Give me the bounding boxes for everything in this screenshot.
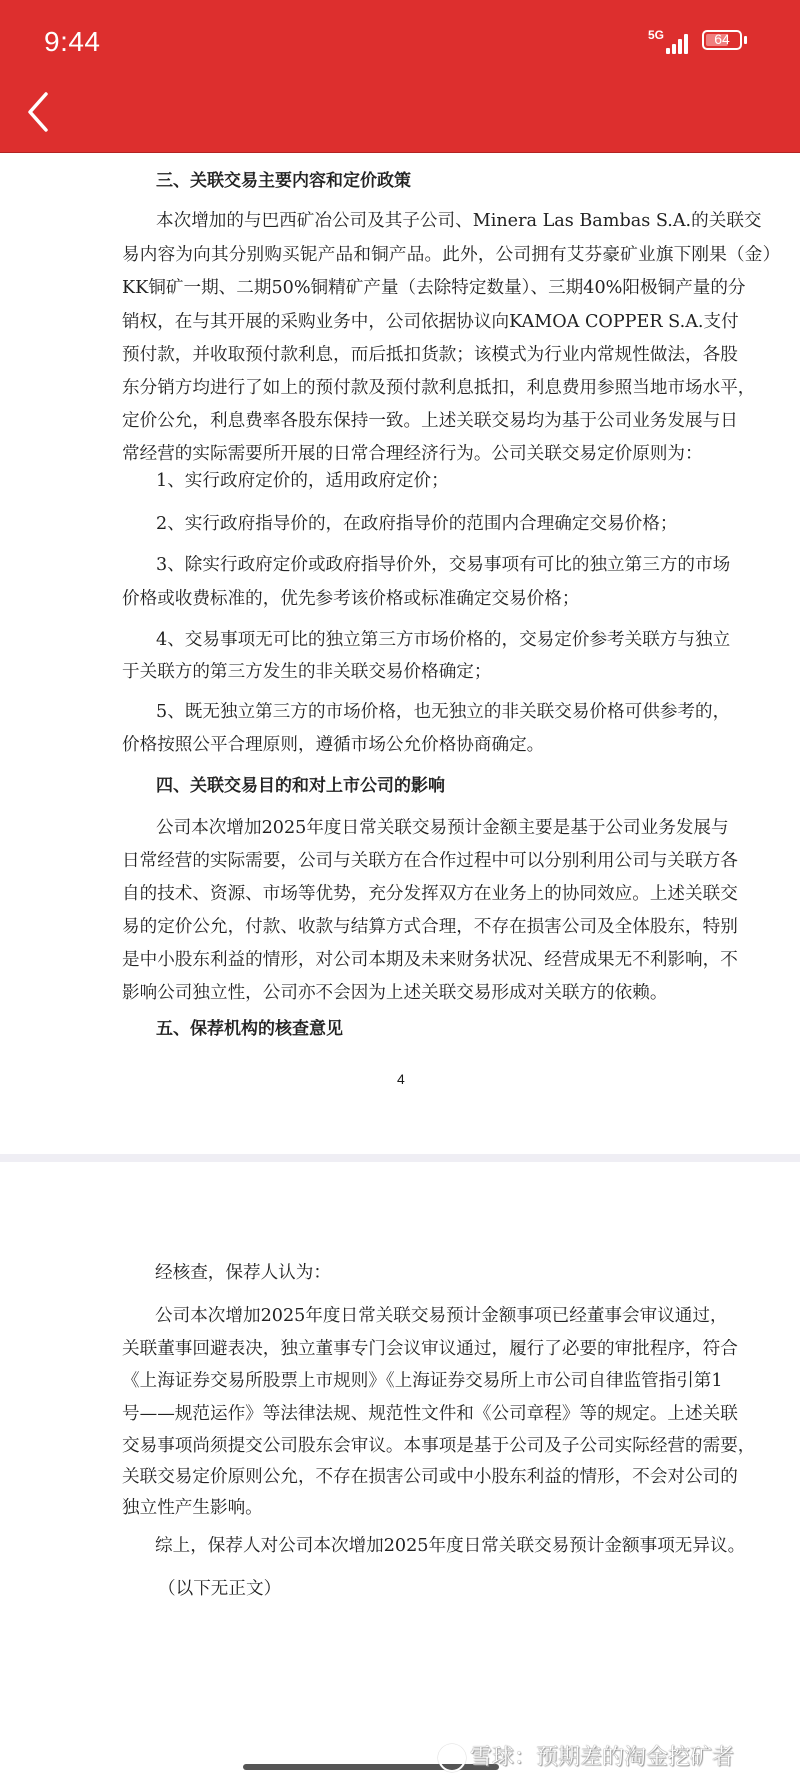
principle-4-cont: 于关联方的第三方发生的非关联交易价格确定； xyxy=(122,661,491,683)
paragraph-line: 销权，在与其开展的采购业务中，公司依据协议向KAMOA COPPER S.A.支… xyxy=(122,311,739,333)
watermark-text: 雪球：预期差的淘金挖矿者 xyxy=(470,1745,734,1770)
signal-icon: 5G xyxy=(646,28,694,56)
paragraph-line: 常经营的实际需要所开展的日常合理经济行为。公司关联交易定价原则为： xyxy=(122,443,703,465)
battery-tip xyxy=(744,36,747,44)
app-header: 9:44 5G 64 xyxy=(0,0,800,153)
paragraph-line: 本次增加的与巴西矿冶公司及其子公司、Minera Las Bambas S.A.… xyxy=(156,210,762,232)
principle-3: 3、除实行政府定价或政府指导价外，交易事项有可比的独立第三方的市场 xyxy=(156,554,730,576)
signal-bars-icon xyxy=(660,32,694,54)
chevron-left-icon xyxy=(20,86,60,136)
paragraph-line: 易内容为向其分别购买铌产品和铜产品。此外，公司拥有艾芬豪矿业旗下刚果（金） xyxy=(122,244,780,266)
review-intro: 经核查，保荐人认为： xyxy=(155,1262,331,1284)
paragraph-line: 易的定价公允，付款、收款与结算方式合理，不存在损害公司及全体股东，特别 xyxy=(122,916,738,938)
principle-4: 4、交易事项无可比的独立第三方市场价格的，交易定价参考关联方与独立 xyxy=(156,629,730,651)
principle-2: 2、实行政府指导价的，在政府指导价的范围内合理确定交易价格； xyxy=(156,513,677,535)
page-number: 4 xyxy=(397,1071,405,1087)
paragraph-line: 交易事项尚须提交公司股东会审议。本事项是基于公司及子公司实际经营的需要， xyxy=(122,1435,755,1457)
paragraph-line: 关联交易定价原则公允，不存在损害公司或中小股东利益的情形，不会对公司的 xyxy=(122,1466,738,1488)
section-4-heading: 四、关联交易目的和对上市公司的影响 xyxy=(156,775,445,797)
paragraph-line: 预付款，并收取预付款利息，而后抵扣货款；该模式为行业内常规性做法，各股 xyxy=(122,344,738,366)
section-3-heading: 三、关联交易主要内容和定价政策 xyxy=(156,170,411,192)
battery-icon: 64 xyxy=(702,30,742,50)
paragraph-line: 自的技术、资源、市场等优势，充分发挥双方在业务上的协同效应。上述关联交 xyxy=(122,883,738,905)
paragraph-line: 是中小股东利益的情形，对公司本期及未来财务状况、经营成果无不利影响，不 xyxy=(122,949,738,971)
status-time: 9:44 xyxy=(44,26,101,58)
paragraph-line: 独立性产生影响。 xyxy=(122,1497,263,1519)
paragraph-line: 公司本次增加2025年度日常关联交易预计金额主要是基于公司业务发展与 xyxy=(156,817,729,839)
principle-3-cont: 价格或收费标准的，优先参考该价格或标准确定交易价格； xyxy=(122,588,579,610)
principle-1: 1、实行政府定价的，适用政府定价； xyxy=(156,470,449,492)
paragraph-line: 公司本次增加2025年度日常关联交易预计金额事项已经董事会审议通过， xyxy=(155,1305,728,1327)
paragraph-line: 影响公司独立性，公司亦不会因为上述关联交易形成对关联方的依赖。 xyxy=(122,982,667,1004)
watermark: 雪球：预期差的淘金挖矿者 xyxy=(438,1740,734,1772)
paragraph-line: 日常经营的实际需要，公司与关联方在合作过程中可以分别利用公司与关联方各 xyxy=(122,850,738,872)
principle-5: 5、既无独立第三方的市场价格，也无独立的非关联交易价格可供参考的， xyxy=(156,701,730,723)
paragraph-line: 定价公允，利息费率各股东保持一致。上述关联交易均为基于公司业务发展与日 xyxy=(122,410,738,432)
paragraph-line: 关联董事回避表决，独立董事专门会议审议通过，履行了必要的审批程序，符合 xyxy=(122,1338,738,1360)
section-5-heading: 五、保荐机构的核查意见 xyxy=(156,1018,343,1040)
paragraph-line: 东分销方均进行了如上的预付款及预付款利息抵扣，利息费用参照当地市场水平， xyxy=(122,377,755,399)
battery-level: 64 xyxy=(704,31,740,47)
principle-5-cont: 价格按照公平合理原则，遵循市场公允价格协商确定。 xyxy=(122,734,544,756)
paragraph-line: 号——规范运作》等法律法规、规范性文件和《公司章程》等的规定。上述关联 xyxy=(122,1403,738,1425)
end-note: （以下无正文） xyxy=(158,1578,281,1600)
page-separator xyxy=(0,1154,800,1162)
back-button[interactable] xyxy=(20,86,60,136)
conclusion-text: 综上，保荐人对公司本次增加2025年度日常关联交易预计金额事项无异议。 xyxy=(155,1535,745,1557)
paragraph-line: KK铜矿一期、二期50%铜精矿产量（去除特定数量）、三期40%阳极铜产量的分 xyxy=(122,277,746,299)
paragraph-line: 《上海证券交易所股票上市规则》《上海证券交易所上市公司自律监管指引第1 xyxy=(122,1370,723,1392)
xueqiu-logo-icon xyxy=(438,1744,466,1772)
